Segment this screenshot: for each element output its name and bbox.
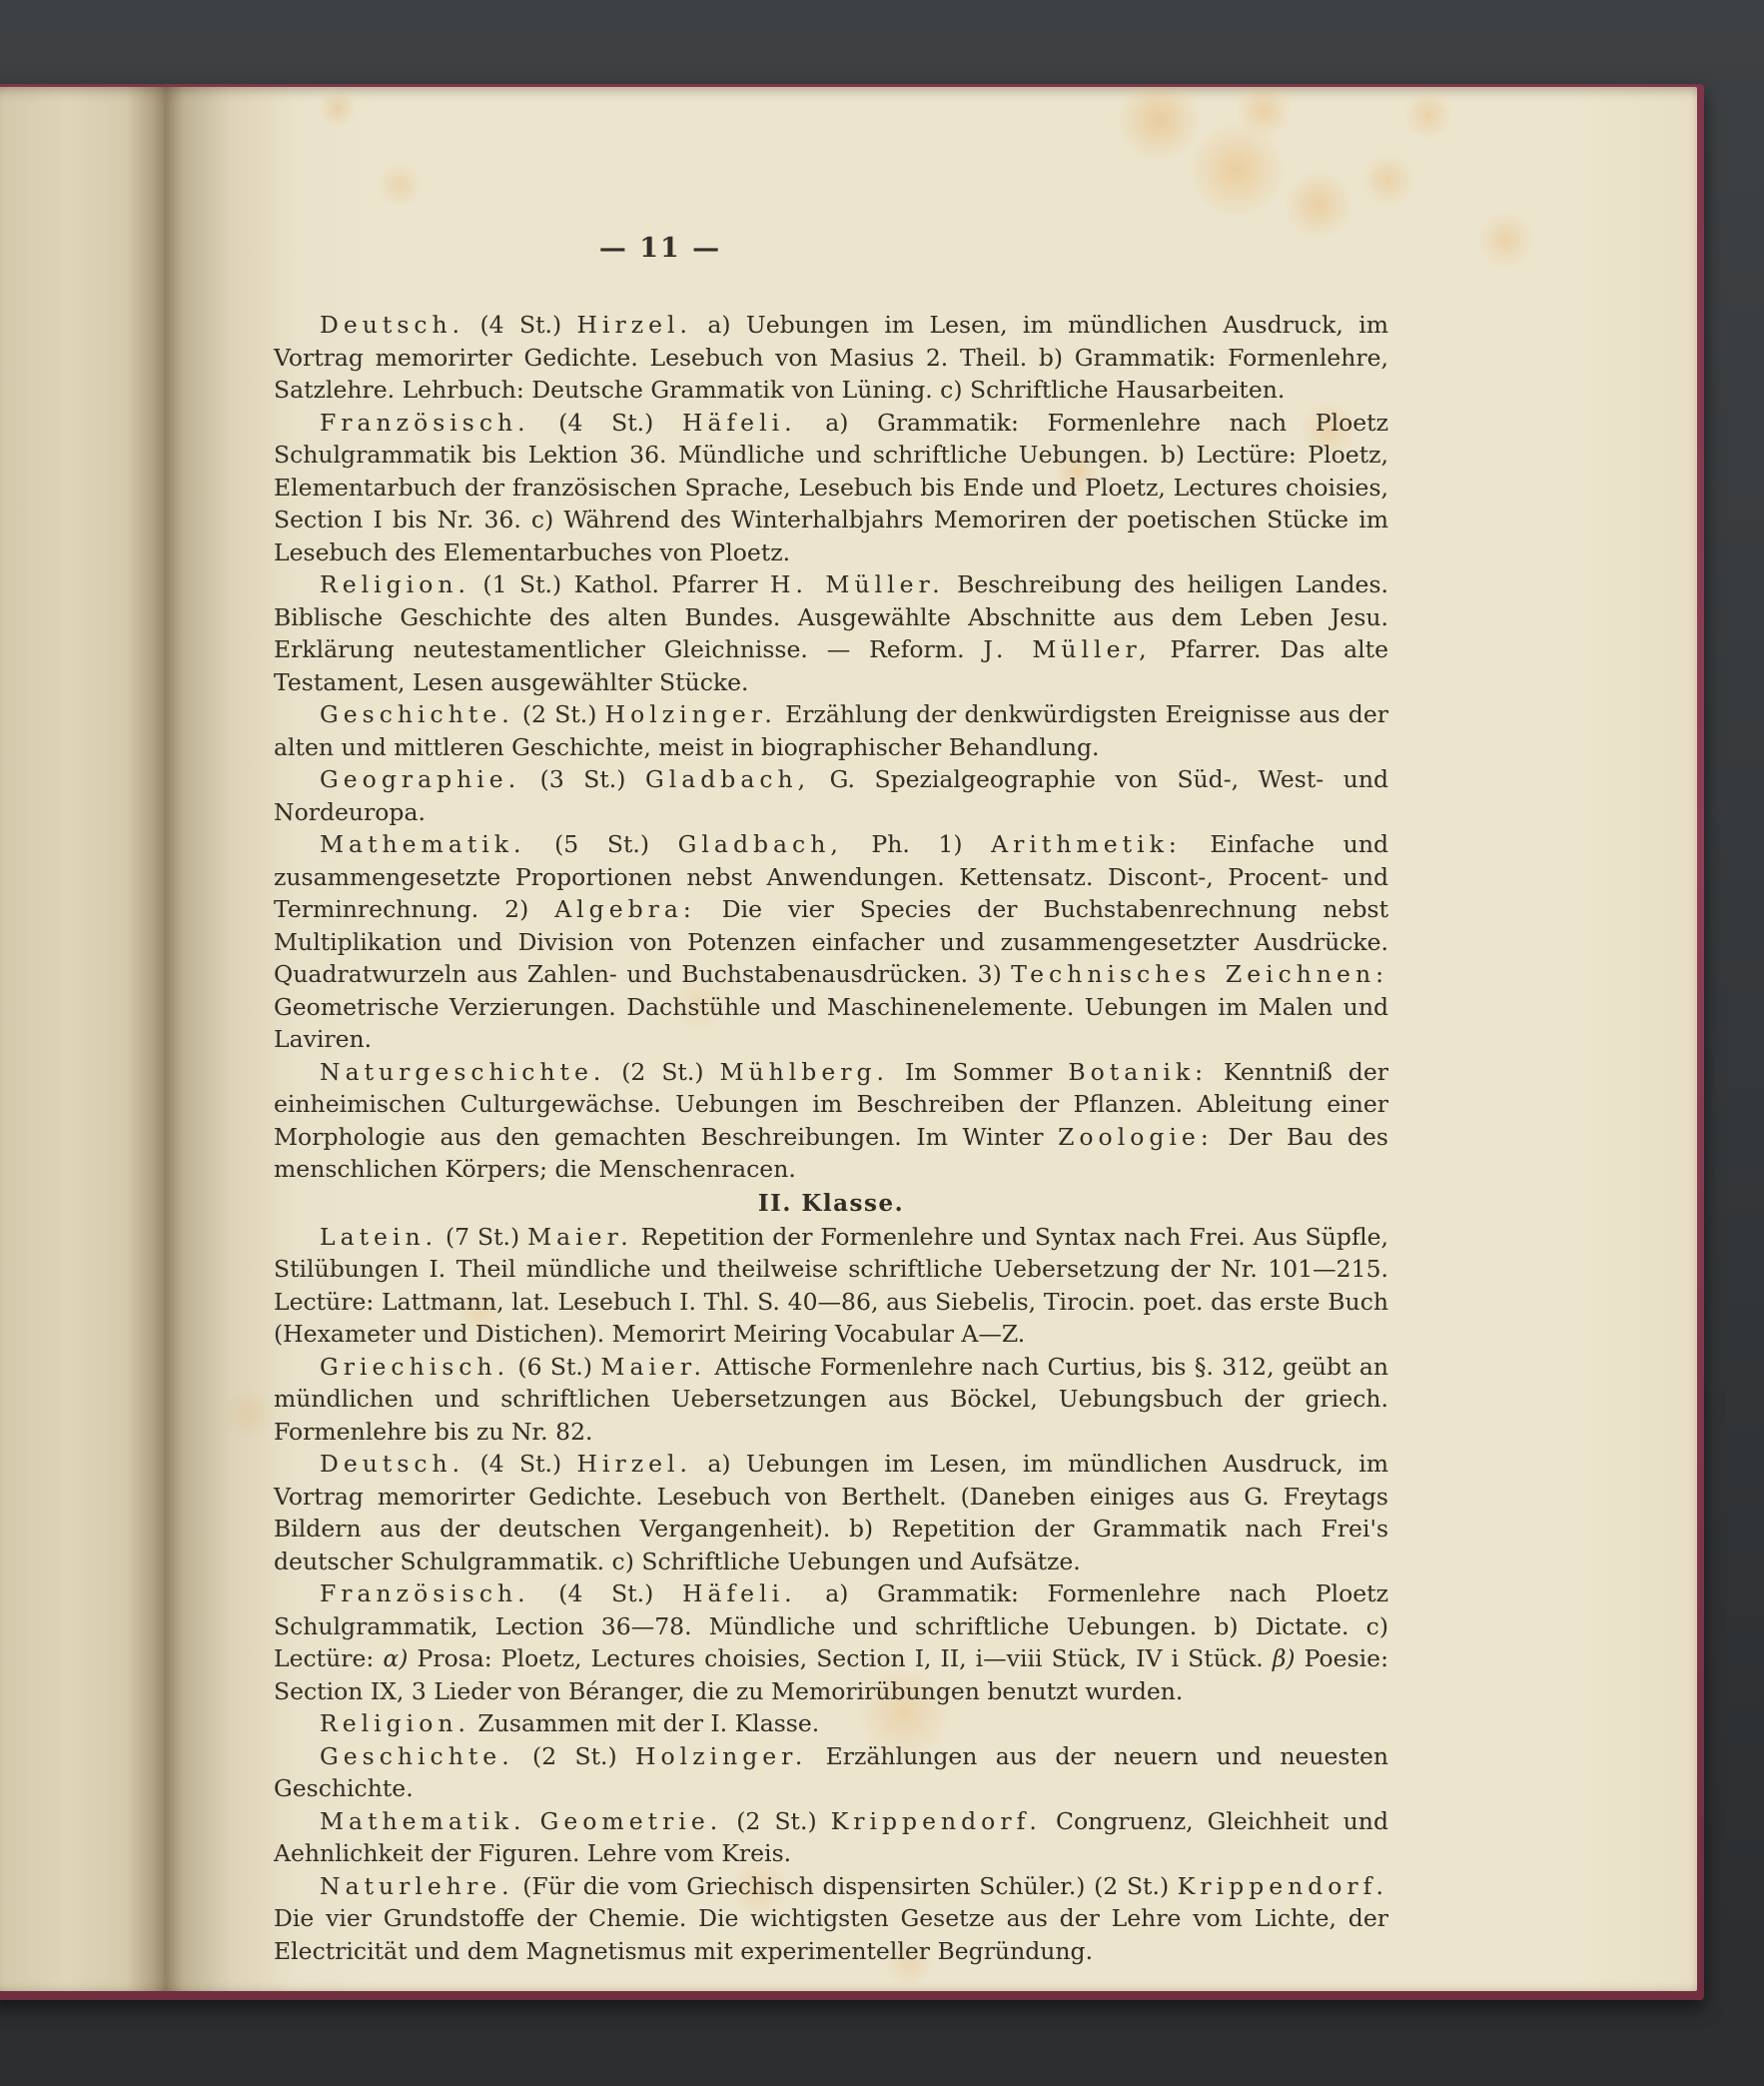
emphasized-term: Geschichte. [320, 1742, 514, 1770]
paragraph: Deutsch. (4 St.) Hirzel. a) Uebungen im … [274, 309, 1388, 407]
emphasized-term: Gladbach, [645, 765, 810, 793]
body-text: (4 St.) [530, 409, 682, 437]
page-number: — 11 — [540, 233, 780, 264]
emphasized-term: Botanik: [1068, 1058, 1208, 1086]
emphasized-term: Französisch. [320, 1579, 530, 1607]
emphasized-term: Religion. [320, 570, 470, 598]
paragraph: Latein. (7 St.) Maier. Repetition der Fo… [274, 1221, 1388, 1351]
body-text: (2 St.) [514, 1742, 635, 1770]
emphasized-term: Latein. [320, 1223, 438, 1251]
paragraph: Naturlehre. (Für die vom Griechisch disp… [274, 1870, 1388, 1968]
emphasized-term: Technisches Zeichnen: [1011, 960, 1388, 988]
paragraph: Mathematik. Geometrie. (2 St.) Krippendo… [274, 1805, 1388, 1870]
emphasized-term: Maier. [600, 1353, 706, 1381]
body-text [526, 1807, 540, 1835]
emphasized-term: Maier. [527, 1223, 633, 1251]
paragraph: Religion. (1 St.) Kathol. Pfarrer H. Mül… [274, 568, 1388, 698]
body-text: (3 St.) [520, 765, 645, 793]
paragraph: Religion. Zusammen mit der I. Klasse. [274, 1707, 1388, 1740]
paragraph: Französisch. (4 St.) Häfeli. a) Grammati… [274, 1577, 1388, 1707]
emphasized-term: Arithmetik: [991, 830, 1182, 858]
body-text: (4 St.) [530, 1579, 682, 1607]
paragraph: Deutsch. (4 St.) Hirzel. a) Uebungen im … [274, 1448, 1388, 1577]
emphasized-term: Geometrie. [540, 1807, 723, 1835]
emphasized-term: Naturlehre. [320, 1872, 514, 1900]
greek-letter-label: α) [383, 1644, 408, 1672]
screenshot-root: { "page": { "folio": "— 11 —", "content"… [0, 0, 1764, 2086]
section-heading-ii-klasse: II. Klasse. [274, 1190, 1388, 1217]
body-text: Geometrische Verzierungen. Dachstühle un… [274, 993, 1388, 1054]
paragraph: Geschichte. (2 St.) Holzinger. Erzählung… [274, 1740, 1388, 1805]
paragraph: Geschichte. (2 St.) Holzinger. Erzählung… [274, 698, 1388, 763]
emphasized-term: Mathematik. [320, 1807, 526, 1835]
emphasized-term: Holzinger. [635, 1742, 807, 1770]
emphasized-term: Geschichte. [320, 700, 514, 728]
emphasized-term: H. Müller. [770, 570, 945, 598]
emphasized-term: Krippendorf. [831, 1807, 1042, 1835]
emphasized-term: Holzinger. [605, 700, 777, 728]
body-text: Ph. 1) [843, 830, 991, 858]
body-text: (2 St.) [722, 1807, 831, 1835]
emphasized-term: Griechisch. [320, 1353, 509, 1381]
emphasized-term: Mathematik. [320, 830, 526, 858]
emphasized-term: Mühlberg. [719, 1058, 889, 1086]
emphasized-term: Zoologie: [1058, 1123, 1214, 1151]
body-text: (4 St.) [464, 311, 576, 339]
body-text: (1 St.) Kathol. Pfarrer [470, 570, 770, 598]
body-text: (5 St.) [526, 830, 678, 858]
body-text: Die vier Grundstoffe der Chemie. Die wic… [274, 1904, 1388, 1965]
emphasized-term: J. Müller, [983, 635, 1151, 663]
body-text: (6 St.) [509, 1353, 600, 1381]
body-text: Zusammen mit der I. Klasse. [470, 1709, 819, 1737]
emphasized-term: Krippendorf. [1178, 1872, 1388, 1900]
emphasized-term: Naturgeschichte. [320, 1058, 605, 1086]
emphasized-term: Häfeli. [682, 1579, 797, 1607]
emphasized-term: Algebra: [554, 895, 696, 923]
body-text: (2 St.) [514, 700, 605, 728]
body-text: (2 St.) [605, 1058, 719, 1086]
paragraph: Naturgeschichte. (2 St.) Mühlberg. Im So… [274, 1056, 1388, 1186]
paragraph: Mathematik. (5 St.) Gladbach, Ph. 1) Ari… [274, 828, 1388, 1056]
emphasized-term: Häfeli. [682, 409, 797, 437]
body-text: Prosa: Ploetz, Lectures choisies, Sectio… [408, 1644, 1272, 1672]
paragraph: Griechisch. (6 St.) Maier. Attische Form… [274, 1351, 1388, 1449]
emphasized-term: Geographie. [320, 765, 520, 793]
emphasized-term: Gladbach, [678, 830, 843, 858]
body-text: (Für die vom Griechisch dispensirten Sch… [514, 1872, 1178, 1900]
emphasized-term: Religion. [320, 1709, 470, 1737]
paragraph: Französisch. (4 St.) Häfeli. a) Grammati… [274, 407, 1388, 569]
body-text: Im Sommer [889, 1058, 1068, 1086]
greek-letter-label: β) [1273, 1644, 1296, 1672]
paragraph: Geographie. (3 St.) Gladbach, G. Spezial… [274, 763, 1388, 828]
emphasized-term: Deutsch. [320, 1450, 464, 1478]
body-text: (4 St.) [464, 1450, 576, 1478]
emphasized-term: Deutsch. [320, 311, 464, 339]
book-cover-edge: — 11 — Deutsch. (4 St.) Hirzel. a) Uebun… [0, 84, 1704, 2000]
emphasized-term: Hirzel. [577, 1450, 693, 1478]
text-block: Deutsch. (4 St.) Hirzel. a) Uebungen im … [274, 309, 1388, 1967]
emphasized-term: Hirzel. [577, 311, 693, 339]
scanned-page: — 11 — Deutsch. (4 St.) Hirzel. a) Uebun… [0, 87, 1697, 1991]
body-text: (7 St.) [438, 1223, 527, 1251]
emphasized-term: Französisch. [320, 409, 530, 437]
